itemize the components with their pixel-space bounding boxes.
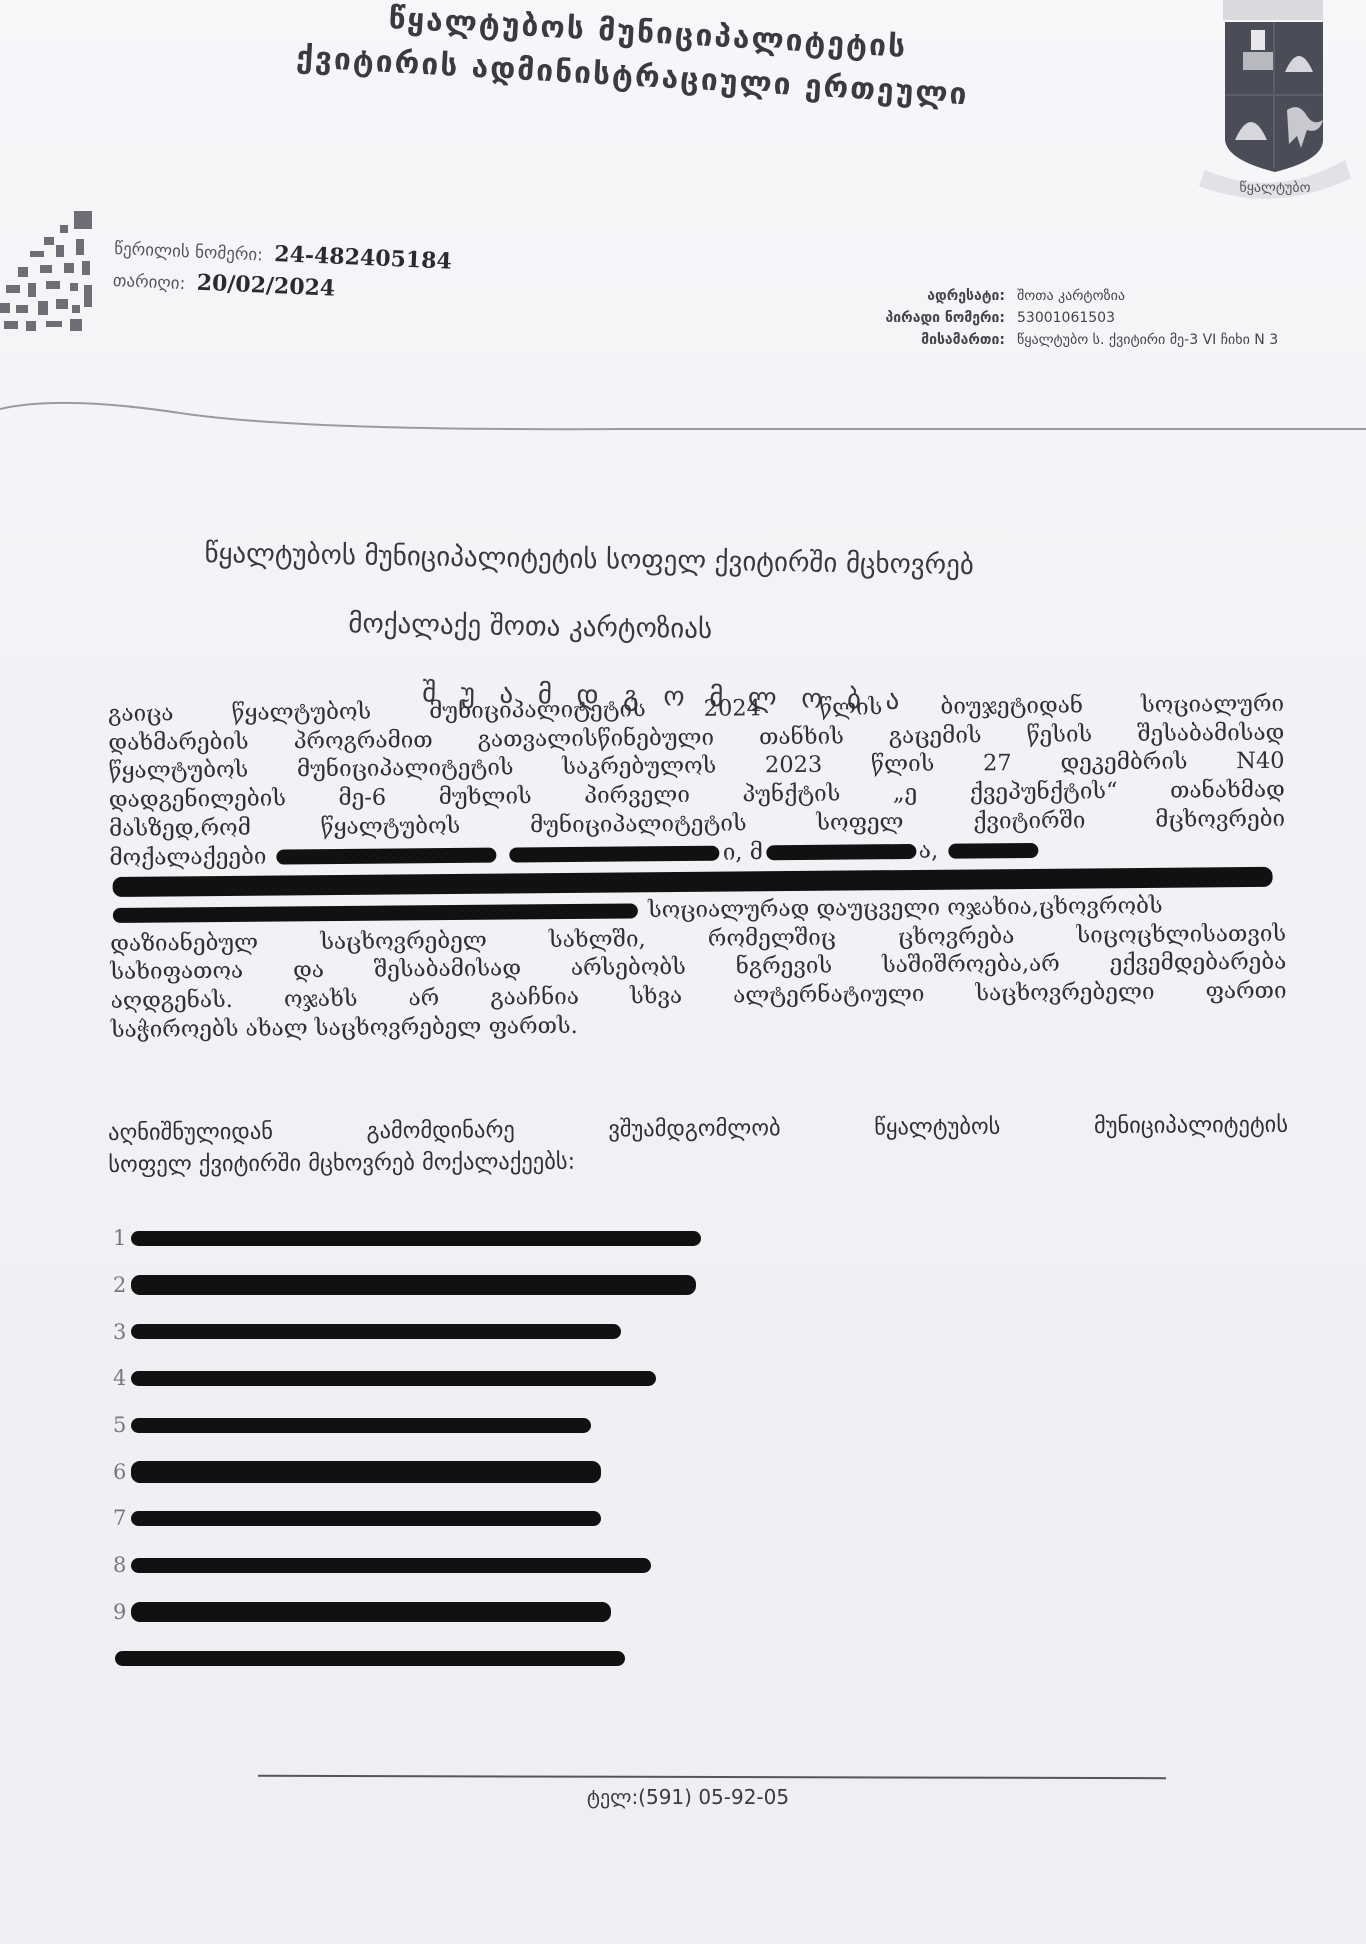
citizen-list: 1 2 3 4 5 6 7 8 9 10: [113, 1215, 701, 1682]
address-value: წყალტუბო ს. ქვიტირი მე-3 VI ჩიხი N 3: [1017, 329, 1278, 351]
list-item: 3: [113, 1308, 701, 1355]
coat-of-arms-icon: წყალტუბო: [1195, 0, 1355, 205]
list-item: 4: [113, 1355, 701, 1402]
list-item: 8: [113, 1542, 701, 1589]
letter-number-label: წერილის ნომერი:: [114, 239, 263, 265]
list-item: 6: [113, 1448, 701, 1495]
address-label: მისამართი:: [840, 329, 1017, 351]
redaction-mark: [131, 1275, 696, 1295]
redaction-mark: [277, 848, 497, 865]
redaction-mark: [131, 1602, 611, 1622]
redaction-mark: [131, 1511, 601, 1526]
list-item: 1: [113, 1215, 701, 1262]
org-header: წყალტუბოს მუნიციპალიტეტის ქვიტირის ადმინ…: [295, 0, 1079, 123]
redaction-mark: [510, 846, 720, 863]
document-page: წყალტუბოს მუნიციპალიტეტის ქვიტირის ადმინ…: [0, 0, 1366, 1944]
qr-code-icon: [0, 205, 98, 335]
address-row: მისამართი: წყალტუბო ს. ქვიტირი მე-3 VI ჩ…: [840, 329, 1278, 351]
request-paragraph: აღნიშნულიდან გამომდინარე ვშუამდგომლობ წყ…: [108, 1109, 1288, 1181]
request-line-2: სოფელ ქვიტირში მცხოვრებ მოქალაქეებს:: [108, 1141, 1288, 1181]
list-item: 2: [113, 1262, 701, 1309]
personal-number-value: 53001061503: [1017, 307, 1115, 329]
redaction-mark: [131, 1461, 601, 1483]
list-item: 5: [113, 1402, 701, 1449]
personal-number-label: პირადი ნომერი:: [840, 307, 1017, 329]
redaction-mark: [766, 844, 916, 860]
letter-meta: წერილის ნომერი: 24-482405184 თარიღი: 20/…: [112, 232, 452, 311]
redaction-mark: [131, 1324, 621, 1339]
footer-divider: [258, 1775, 1166, 1779]
date-label: თარიღი:: [112, 271, 185, 294]
addressee-label: ადრესატი:: [840, 285, 1017, 307]
paper-fold-line: [0, 395, 1366, 435]
addressee-value: შოთა კარტოზია: [1017, 285, 1125, 307]
recipient-block: ადრესატი: შოთა კარტოზია პირადი ნომერი: 5…: [840, 285, 1278, 351]
personal-number-row: პირადი ნომერი: 53001061503: [840, 307, 1278, 329]
redaction-mark: [131, 1558, 651, 1573]
list-item: 10: [113, 1635, 701, 1682]
footer-phone: ტელ:(591) 05-92-05: [0, 1785, 1366, 1809]
addressee-row: ადრესატი: შოთა კარტოზია: [840, 285, 1278, 307]
letter-date: 20/02/2024: [196, 270, 336, 302]
redaction-mark: [131, 1371, 656, 1386]
list-item: 9: [113, 1589, 701, 1636]
letter-number: 24-482405184: [274, 241, 452, 275]
redaction-mark: [115, 1651, 625, 1666]
redaction-mark: [131, 1418, 591, 1433]
svg-text:წყალტუბო: წყალტუბო: [1239, 180, 1310, 196]
list-item: 7: [113, 1495, 701, 1542]
title-line-1: წყალტუბოს მუნიციპალიტეტის სოფელ ქვიტირში…: [204, 520, 1105, 602]
body-paragraph: გაიცა წყალტუბოს მუნიციპალიტეტის 2024 წლი…: [108, 690, 1287, 1045]
redaction-mark: [948, 843, 1038, 859]
redaction-mark: [131, 1231, 701, 1246]
redaction-mark: [113, 904, 638, 924]
